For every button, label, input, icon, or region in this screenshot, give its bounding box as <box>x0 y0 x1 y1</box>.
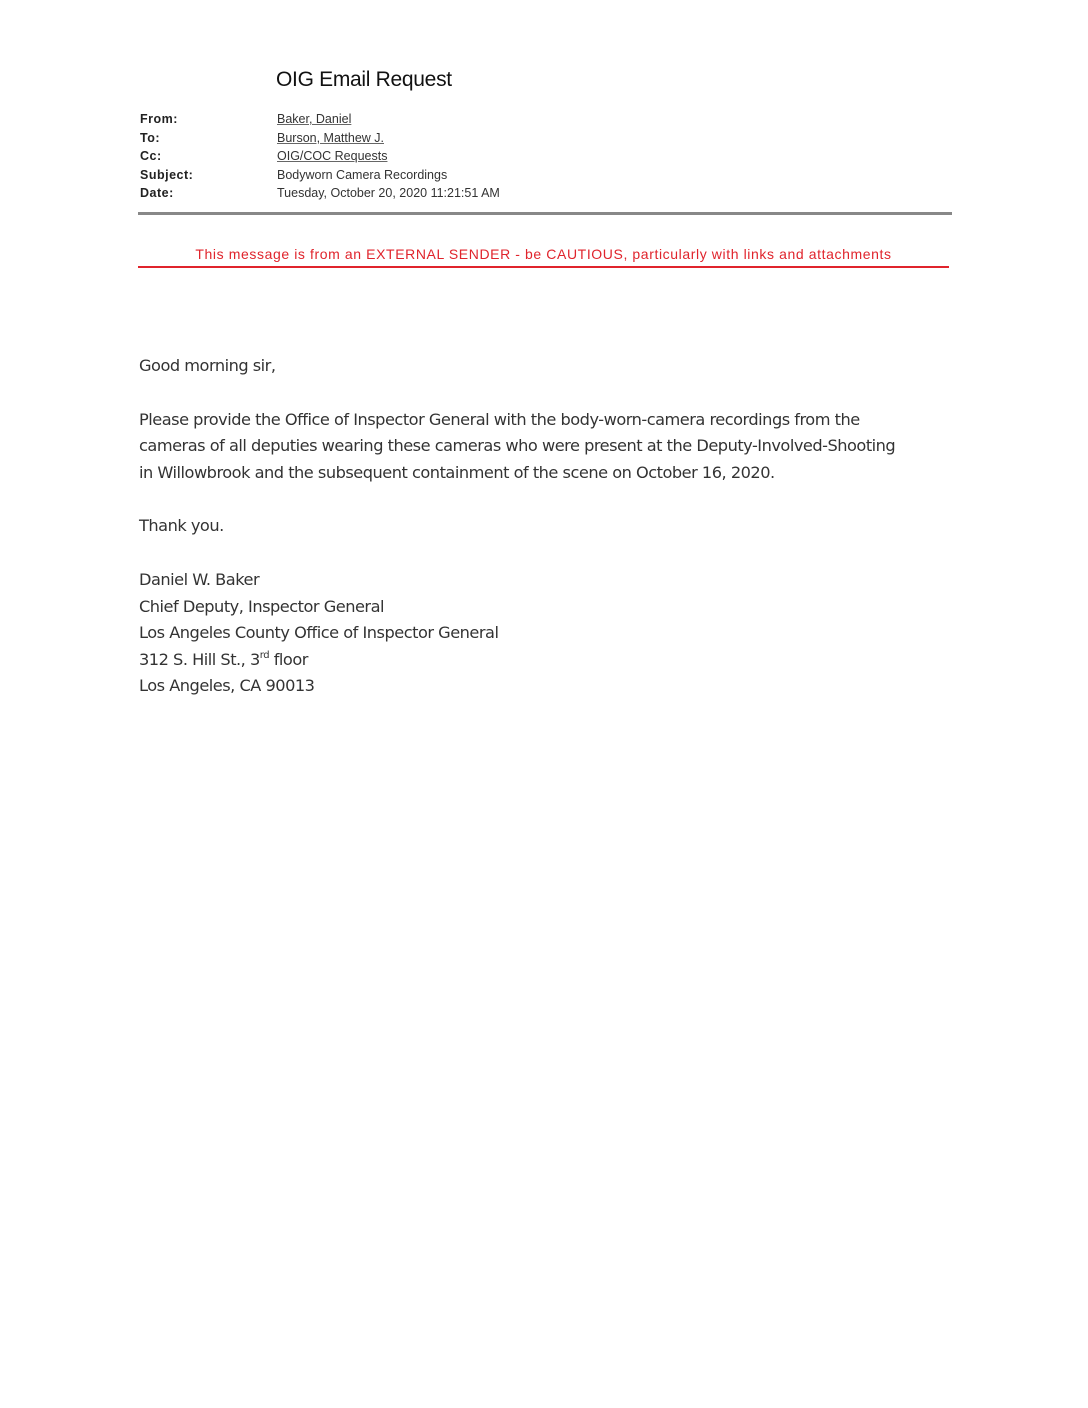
body-line-3: in Willowbrook and the subsequent contai… <box>139 460 949 487</box>
signature-name: Daniel W. Baker <box>139 567 949 594</box>
to-link[interactable]: Burson, Matthew J. <box>277 129 384 148</box>
cc-label: Cc: <box>140 147 277 166</box>
signature-address: 312 S. Hill St., 3rd floor <box>139 647 949 674</box>
warning-underline <box>138 266 949 268</box>
to-label: To: <box>140 129 277 148</box>
signature-city: Los Angeles, CA 90013 <box>139 673 949 700</box>
from-link[interactable]: Baker, Daniel <box>277 110 351 129</box>
header-divider <box>138 212 952 215</box>
closing: Thank you. <box>139 513 949 540</box>
subject-label: Subject: <box>140 166 277 185</box>
body-line-1: Please provide the Office of Inspector G… <box>139 407 949 434</box>
greeting: Good morning sir, <box>139 353 949 380</box>
to-row: To: Burson, Matthew J. <box>140 129 500 148</box>
body-line-2: cameras of all deputies wearing these ca… <box>139 433 949 460</box>
email-body: Good morning sir, Please provide the Off… <box>139 353 949 700</box>
date-row: Date: Tuesday, October 20, 2020 11:21:51… <box>140 184 500 203</box>
subject-value: Bodyworn Camera Recordings <box>277 166 447 185</box>
external-sender-warning: This message is from an EXTERNAL SENDER … <box>138 246 949 262</box>
email-header: From: Baker, Daniel To: Burson, Matthew … <box>140 110 500 203</box>
document-title: OIG Email Request <box>276 68 452 92</box>
from-label: From: <box>140 110 277 129</box>
signature-position: Chief Deputy, Inspector General <box>139 594 949 621</box>
signature-office: Los Angeles County Office of Inspector G… <box>139 620 949 647</box>
date-value: Tuesday, October 20, 2020 11:21:51 AM <box>277 184 500 203</box>
subject-row: Subject: Bodyworn Camera Recordings <box>140 166 500 185</box>
date-label: Date: <box>140 184 277 203</box>
cc-link[interactable]: OIG/COC Requests <box>277 147 387 166</box>
from-row: From: Baker, Daniel <box>140 110 500 129</box>
cc-row: Cc: OIG/COC Requests <box>140 147 500 166</box>
